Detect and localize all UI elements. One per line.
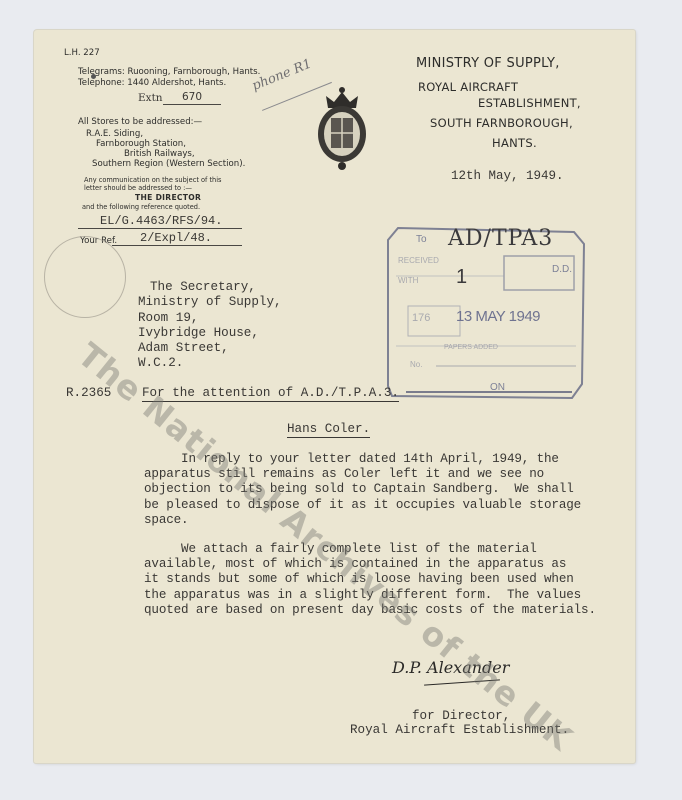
stores-address-3: British Railways, (124, 149, 195, 159)
recipient-line-2: Ministry of Supply, (138, 295, 282, 310)
letterhead-line-3: SOUTH FARNBOROUGH, (430, 116, 573, 130)
letterhead-line-1: ROYAL AIRCRAFT (418, 80, 518, 94)
ministry-name: MINISTRY OF SUPPLY, (416, 56, 560, 71)
stores-address-2: Farnborough Station, (96, 139, 186, 149)
stamp-received-label: RECEIVED (398, 256, 439, 265)
recipient-line-3: Room 19, (138, 311, 282, 326)
attention-line: For the attention of A.D./T.P.A.3. (142, 386, 399, 402)
signoff-line-2: Royal Aircraft Establishment. (350, 723, 569, 737)
signature: D.P. Alexander (392, 658, 509, 677)
stamp-no-label: No. (410, 360, 422, 369)
royal-crest-icon (314, 84, 370, 174)
extn-field: 670 (163, 91, 221, 105)
stamp-with-label: WITH (398, 276, 418, 285)
stamp-to-handwritten: AD/TPA3 (448, 226, 553, 251)
letter-date: 12th May, 1949. (451, 169, 564, 183)
stamp-on-label: ON (490, 382, 505, 393)
file-reference: R.2365 (66, 386, 111, 400)
stamp-corner-code: D.D. (552, 264, 572, 275)
form-number: L.H. 227 (64, 48, 100, 58)
recipient-line-4: Ivybridge House, (138, 326, 282, 341)
recipient-address: The Secretary, Ministry of Supply, Room … (138, 280, 282, 372)
recipient-line-6: W.C.2. (138, 356, 282, 371)
stamp-date: 13 MAY 1949 (456, 308, 540, 325)
communication-note-2: letter should be addressed to :— (84, 184, 192, 192)
stores-address-4: Southern Region (Western Section). (92, 159, 245, 169)
signoff-line-1: for Director, (412, 709, 510, 723)
faint-circle-mark (44, 236, 126, 318)
stamp-to-label: To (416, 234, 427, 245)
body-paragraph-1: In reply to your letter dated 14th April… (144, 452, 581, 528)
letterhead-line-2: ESTABLISHMENT, (478, 96, 581, 110)
stores-line: All Stores to be addressed:— (78, 117, 202, 127)
stamp-papers-label: PAPERS ADDED (444, 344, 498, 351)
letterhead-line-4: HANTS. (492, 136, 537, 150)
your-reference: 2/Expl/48. (112, 231, 242, 246)
letter-subject: Hans Coler. (287, 422, 370, 438)
body-paragraph-2: We attach a fairly complete list of the … (144, 542, 596, 618)
extn-label: Extn (138, 92, 163, 104)
stamp-box-code: 176 (412, 312, 430, 324)
communication-note-1: Any communication on the subject of this (84, 176, 221, 184)
our-reference: EL/G.4463/RFS/94. (78, 214, 242, 229)
received-stamp: To AD/TPA3 RECEIVED WITH 1 D.D. 176 13 M… (386, 226, 586, 402)
stamp-with-value: 1 (456, 266, 467, 289)
telegrams-line: Telegrams: Ruooning, Farnborough, Hants. (78, 67, 260, 77)
reference-note: and the following reference quoted. (82, 203, 200, 211)
stores-address-1: R.A.E. Siding, (86, 129, 143, 139)
recipient-line-1: The Secretary, (138, 280, 282, 295)
director-label: THE DIRECTOR (135, 193, 201, 202)
telephone-line: Telephone: 1440 Aldershot, Hants. (78, 78, 226, 88)
recipient-line-5: Adam Street, (138, 341, 282, 356)
